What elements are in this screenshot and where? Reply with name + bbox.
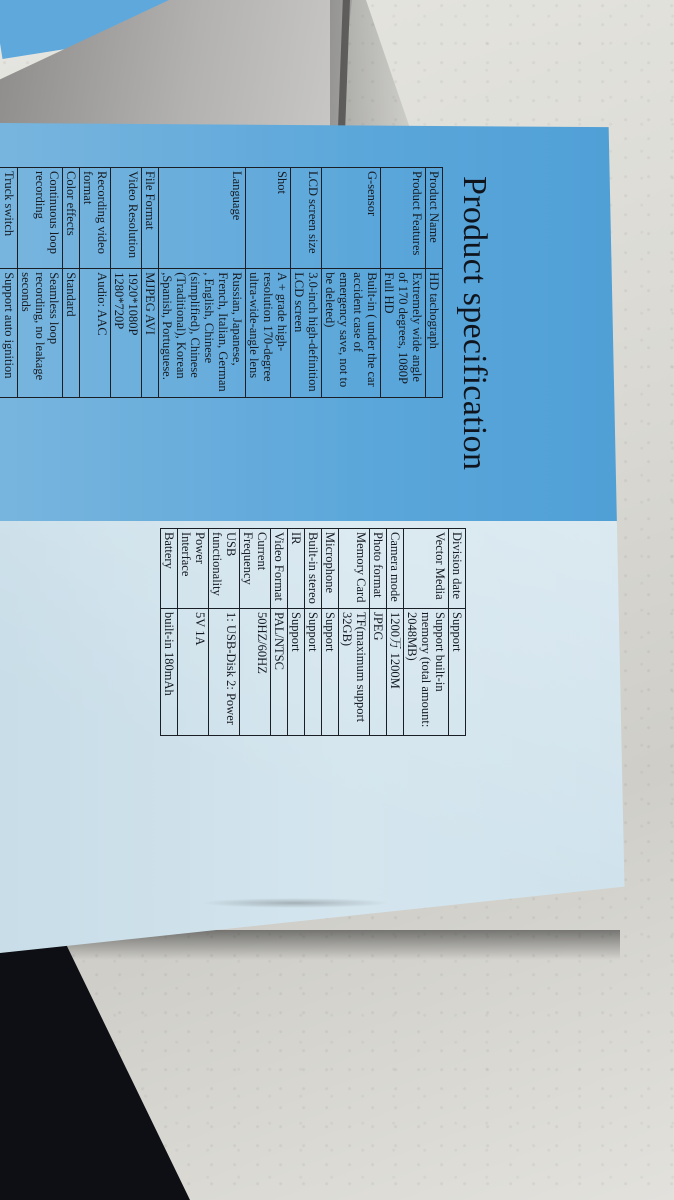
table-row: File FormatMJPEG AVI bbox=[142, 168, 159, 398]
table-row: Video FormatPAL/NTSC bbox=[271, 529, 288, 736]
spec-value: HD tachograph bbox=[426, 269, 443, 398]
spec-value: JPEG bbox=[370, 609, 387, 736]
spec-value: Audio: AAC bbox=[80, 269, 111, 398]
spec-value: Russian, Japanese, French, Italian, Germ… bbox=[159, 269, 246, 398]
spec-label: Current Frequency bbox=[240, 529, 271, 609]
table-row: Vector MediaSupport built-in memory (tot… bbox=[404, 529, 449, 736]
spec-value: 1920*1080P 1280*720P bbox=[111, 269, 142, 398]
spec-value: MJPEG AVI bbox=[142, 269, 159, 398]
spec-label: Shot bbox=[246, 168, 291, 269]
spec-value: Built-in ( under the car accident case o… bbox=[322, 269, 381, 398]
spec-value: Support bbox=[322, 609, 339, 736]
spec-label: Video Resolution bbox=[111, 168, 142, 269]
table-row: MicrophoneSupport bbox=[322, 529, 339, 736]
table-row: Photo formatJPEG bbox=[370, 529, 387, 736]
spec-table-left-wrap: Product NameHD tachographProduct Feature… bbox=[0, 167, 443, 398]
spec-table-right-wrap: Division dateSupportVector MediaSupport … bbox=[160, 528, 466, 736]
spec-label: File Format bbox=[142, 168, 159, 269]
spec-value: TF(maximum support 32GB) bbox=[339, 609, 370, 736]
spec-table-left: Product NameHD tachographProduct Feature… bbox=[0, 167, 443, 398]
table-row: Current Frequency50HZ/60HZ bbox=[240, 529, 271, 736]
spec-label: LCD screen size bbox=[291, 168, 322, 269]
table-row: Division dateSupport bbox=[449, 529, 466, 736]
table-row: ShotA + grade high-resolution 170-degree… bbox=[246, 168, 291, 398]
spec-label: Division date bbox=[449, 529, 466, 609]
spec-label: Power Interface bbox=[178, 529, 209, 609]
spec-value: Extremely wide angle of 170 degrees, 108… bbox=[381, 269, 426, 398]
spec-value: 1: USB-Disk 2: Power bbox=[209, 609, 240, 736]
spec-label: Language bbox=[159, 168, 246, 269]
spec-label: Memory Card bbox=[339, 529, 370, 609]
spec-label: Video Format bbox=[271, 529, 288, 609]
table-row: Product FeaturesExtremely wide angle of … bbox=[381, 168, 426, 398]
spec-value: Standard bbox=[63, 269, 80, 398]
spec-value: built-in 180mAh bbox=[161, 609, 178, 736]
spec-value: Support bbox=[305, 609, 322, 736]
table-row: Built-in stereoSupport bbox=[305, 529, 322, 736]
spec-value: PAL/NTSC bbox=[271, 609, 288, 736]
table-row: Color effectsStandard bbox=[63, 168, 80, 398]
spec-value: 5V 1A bbox=[178, 609, 209, 736]
spec-label: Product Features bbox=[381, 168, 426, 269]
table-row: Memory CardTF(maximum support 32GB) bbox=[339, 529, 370, 736]
spec-value: Seamless loop recording, no leakage seco… bbox=[18, 269, 63, 398]
spec-value: Support bbox=[449, 609, 466, 736]
table-row: Recording video formatAudio: AAC bbox=[80, 168, 111, 398]
table-row: Video Resolution1920*1080P 1280*720P bbox=[111, 168, 142, 398]
table-row: G-sensorBuilt-in ( under the car acciden… bbox=[322, 168, 381, 398]
table-row: USB functionality1: USB-Disk 2: Power bbox=[209, 529, 240, 736]
spec-title: Product specification bbox=[455, 176, 493, 470]
table-row: LCD screen size3.0-inch high-definition … bbox=[291, 168, 322, 398]
table-row: Continuous loop recordingSeamless loop r… bbox=[18, 168, 63, 398]
spec-label: Vector Media bbox=[404, 529, 449, 609]
spec-label: USB functionality bbox=[209, 529, 240, 609]
spec-label: Built-in stereo bbox=[305, 529, 322, 609]
spec-label: Continuous loop recording bbox=[18, 168, 63, 269]
spec-value: 3.0-inch high-definition LCD screen bbox=[291, 269, 322, 398]
spec-label: Color effects bbox=[63, 168, 80, 269]
table-row: Truck switch machineSupport auto ignitio… bbox=[0, 168, 18, 398]
table-row: Power Interface5V 1A bbox=[178, 529, 209, 736]
spec-title-wrap: Product specification bbox=[455, 176, 493, 470]
spec-label: Recording video format bbox=[80, 168, 111, 269]
spec-label: Battery bbox=[161, 529, 178, 609]
table-row: Batterybuilt-in 180mAh bbox=[161, 529, 178, 736]
table-row: IRSupport bbox=[288, 529, 305, 736]
spec-value: Support built-in memory (total amount: 2… bbox=[404, 609, 449, 736]
spec-label: Product Name bbox=[426, 168, 443, 269]
spec-label: IR bbox=[288, 529, 305, 609]
spec-label: Truck switch machine bbox=[0, 168, 18, 269]
spec-value: 1200万 1200M bbox=[387, 609, 404, 736]
spec-label: G-sensor bbox=[322, 168, 381, 269]
table-row: LanguageRussian, Japanese, French, Itali… bbox=[159, 168, 246, 398]
spec-label: Photo format bbox=[370, 529, 387, 609]
table-row: Camera mode1200万 1200M bbox=[387, 529, 404, 736]
smudge-mark bbox=[200, 898, 390, 908]
spec-label: Microphone bbox=[322, 529, 339, 609]
spec-value: A + grade high-resolution 170-degree ult… bbox=[246, 269, 291, 398]
spec-value: 50HZ/60HZ bbox=[240, 609, 271, 736]
spec-value: Support auto ignition on, turn off shutd… bbox=[0, 269, 18, 398]
spec-table-right: Division dateSupportVector MediaSupport … bbox=[160, 528, 466, 736]
spec-value: Support bbox=[288, 609, 305, 736]
spec-label: Camera mode bbox=[387, 529, 404, 609]
table-row: Product NameHD tachograph bbox=[426, 168, 443, 398]
